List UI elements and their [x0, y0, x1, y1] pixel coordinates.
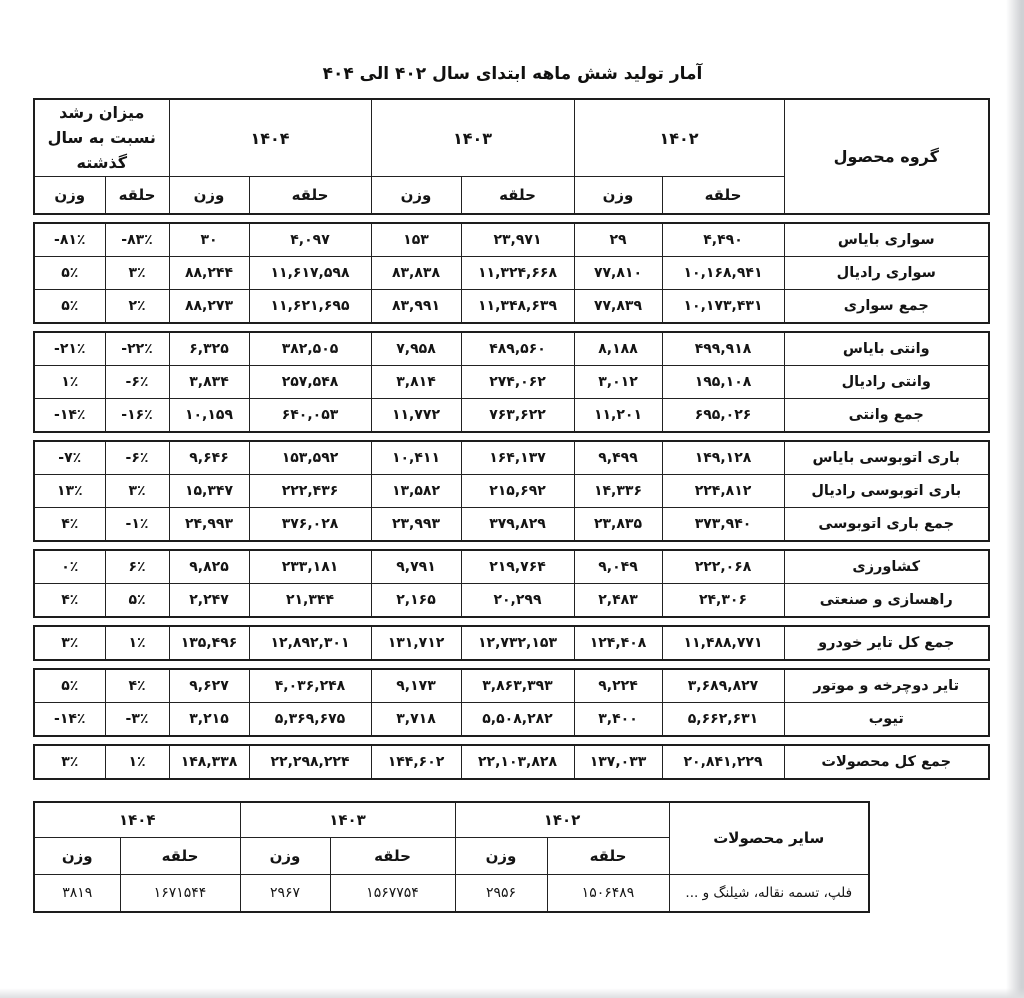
value-cell: ۸۳,۹۹۱	[371, 290, 461, 324]
product-group-table-3: باری اتوبوسی بایاس۱۴۹,۱۲۸۹,۴۹۹۱۶۴,۱۳۷۱۰,…	[33, 440, 990, 542]
other-year-1404-header: ۱۴۰۴	[34, 802, 240, 838]
weight-subheader-1403: وزن	[371, 177, 461, 215]
value-cell: ۱۴۹,۱۲۸	[662, 441, 784, 475]
value-cell: -۶٪	[105, 441, 169, 475]
other-ring-subheader-1402: حلقه	[547, 838, 669, 875]
value-cell: ۶۹۵,۰۲۶	[662, 399, 784, 433]
value-cell: ۲۰,۸۴۱,۲۲۹	[662, 745, 784, 779]
value-cell: ۳,۶۸۹,۸۲۷	[662, 669, 784, 703]
value-cell: ۱۱,۶۱۷,۵۹۸	[249, 257, 371, 290]
value-cell: ۱۱,۷۷۲	[371, 399, 461, 433]
product-name-cell: باری اتوبوسی رادیال	[784, 475, 989, 508]
product-name-cell: تایر دوچرخه و موتور	[784, 669, 989, 703]
product-row: باری اتوبوسی بایاس۱۴۹,۱۲۸۹,۴۹۹۱۶۴,۱۳۷۱۰,…	[34, 441, 989, 475]
ring-subheader-1404: حلقه	[249, 177, 371, 215]
value-cell: ۱۳۷,۰۳۳	[574, 745, 662, 779]
value-cell: ۲۲۲,۰۶۸	[662, 550, 784, 584]
other-weight-subheader-1402: وزن	[455, 838, 547, 875]
value-cell: ۱۱,۴۸۸,۷۷۱	[662, 626, 784, 660]
other-value-cell: ۲۹۶۷	[240, 875, 330, 913]
value-cell: ۲,۱۶۵	[371, 584, 461, 618]
value-cell: -۱۶٪	[105, 399, 169, 433]
main-table-header: گروه محصول ۱۴۰۲ ۱۴۰۳ ۱۴۰۴ میزان رشد نسبت…	[33, 98, 990, 215]
value-cell: -۱٪	[105, 508, 169, 542]
value-cell: ۷,۹۵۸	[371, 332, 461, 366]
value-cell: ۲۳,۹۹۳	[371, 508, 461, 542]
value-cell: ۱۴,۳۳۶	[574, 475, 662, 508]
product-name-cell: وانتی بایاس	[784, 332, 989, 366]
value-cell: ۳۰	[169, 223, 249, 257]
value-cell: ۲۹	[574, 223, 662, 257]
value-cell: ۱۱,۶۲۱,۶۹۵	[249, 290, 371, 324]
ring-subheader-growth: حلقه	[105, 177, 169, 215]
value-cell: ۴۹۹,۹۱۸	[662, 332, 784, 366]
other-value-cell: ۱۵۶۷۷۵۴	[330, 875, 455, 913]
value-cell: ۵٪	[105, 584, 169, 618]
value-cell: ۲۰,۲۹۹	[461, 584, 574, 618]
year-1403-header: ۱۴۰۳	[371, 99, 574, 177]
product-name-cell: جمع کل تایر خودرو	[784, 626, 989, 660]
product-group-table-7: جمع کل محصولات۲۰,۸۴۱,۲۲۹۱۳۷,۰۳۳۲۲,۱۰۳,۸۲…	[33, 744, 990, 780]
value-cell: ۳,۷۱۸	[371, 703, 461, 737]
value-cell: ۴,۰۳۶,۲۴۸	[249, 669, 371, 703]
value-cell: ۴,۰۹۷	[249, 223, 371, 257]
value-cell: ۵٪	[34, 669, 105, 703]
value-cell: ۹,۶۴۶	[169, 441, 249, 475]
main-table-body-groups: سواری بایاس۴,۴۹۰۲۹۲۳,۹۷۱۱۵۳۴,۰۹۷۳۰-۸۳٪-۸…	[0, 222, 990, 780]
growth-rate-header: میزان رشد نسبت به سال گذشته	[34, 99, 169, 177]
value-cell: ۹,۰۴۹	[574, 550, 662, 584]
value-cell: ۷۷,۸۳۹	[574, 290, 662, 324]
other-year-1402-header: ۱۴۰۲	[455, 802, 669, 838]
value-cell: ۲۲۲,۴۳۶	[249, 475, 371, 508]
ring-subheader-1402: حلقه	[662, 177, 784, 215]
value-cell: ۳۷۶,۰۲۸	[249, 508, 371, 542]
value-cell: ۹,۲۲۴	[574, 669, 662, 703]
value-cell: ۲۴,۳۰۶	[662, 584, 784, 618]
value-cell: ۴,۴۹۰	[662, 223, 784, 257]
value-cell: ۱۴۸,۳۳۸	[169, 745, 249, 779]
value-cell: ۱۰,۱۶۸,۹۴۱	[662, 257, 784, 290]
product-name-cell: جمع سواری	[784, 290, 989, 324]
value-cell: ۱۹۵,۱۰۸	[662, 366, 784, 399]
value-cell: ۸۳,۸۳۸	[371, 257, 461, 290]
value-cell: ۲,۲۴۷	[169, 584, 249, 618]
value-cell: ۲,۴۸۳	[574, 584, 662, 618]
value-cell: ۵,۶۶۲,۶۳۱	[662, 703, 784, 737]
value-cell: ۴٪	[34, 508, 105, 542]
product-row: باری اتوبوسی رادیال۲۲۴,۸۱۲۱۴,۳۳۶۲۱۵,۶۹۲۱…	[34, 475, 989, 508]
value-cell: ۸۸,۲۴۴	[169, 257, 249, 290]
other-year-1403-header: ۱۴۰۳	[240, 802, 455, 838]
value-cell: ۵٪	[34, 290, 105, 324]
other-ring-subheader-1403: حلقه	[330, 838, 455, 875]
weight-subheader-1404: وزن	[169, 177, 249, 215]
product-name-cell: جمع کل محصولات	[784, 745, 989, 779]
value-cell: ۲٪	[105, 290, 169, 324]
value-cell: ۱۳,۵۸۲	[371, 475, 461, 508]
year-1402-header: ۱۴۰۲	[574, 99, 784, 177]
product-row: کشاورزی۲۲۲,۰۶۸۹,۰۴۹۲۱۹,۷۶۴۹,۷۹۱۲۳۳,۱۸۱۹,…	[34, 550, 989, 584]
value-cell: ۲۷۴,۰۶۲	[461, 366, 574, 399]
value-cell: ۱۵,۳۴۷	[169, 475, 249, 508]
product-row: جمع کل محصولات۲۰,۸۴۱,۲۲۹۱۳۷,۰۳۳۲۲,۱۰۳,۸۲…	[34, 745, 989, 779]
other-products-table: سایر محصولات ۱۴۰۲ ۱۴۰۳ ۱۴۰۴ حلقه وزن حلق…	[33, 801, 870, 913]
product-name-cell: وانتی رادیال	[784, 366, 989, 399]
value-cell: -۳٪	[105, 703, 169, 737]
value-cell: ۸۸,۲۷۳	[169, 290, 249, 324]
value-cell: ۳,۸۶۳,۳۹۳	[461, 669, 574, 703]
value-cell: ۶۴۰,۰۵۳	[249, 399, 371, 433]
value-cell: ۵,۵۰۸,۲۸۲	[461, 703, 574, 737]
value-cell: ۲۱,۳۴۴	[249, 584, 371, 618]
value-cell: ۲۳,۹۷۱	[461, 223, 574, 257]
value-cell: ۱۳۱,۷۱۲	[371, 626, 461, 660]
value-cell: ۲۴,۹۹۳	[169, 508, 249, 542]
value-cell: ۱۰,۴۱۱	[371, 441, 461, 475]
value-cell: ۴٪	[34, 584, 105, 618]
value-cell: ۳۷۹,۸۲۹	[461, 508, 574, 542]
value-cell: ۱۲,۸۹۲,۳۰۱	[249, 626, 371, 660]
product-name-cell: جمع وانتی	[784, 399, 989, 433]
value-cell: ۱٪	[105, 745, 169, 779]
product-row: سواری بایاس۴,۴۹۰۲۹۲۳,۹۷۱۱۵۳۴,۰۹۷۳۰-۸۳٪-۸…	[34, 223, 989, 257]
value-cell: ۲۵۷,۵۴۸	[249, 366, 371, 399]
value-cell: ۶,۳۲۵	[169, 332, 249, 366]
value-cell: ۳,۲۱۵	[169, 703, 249, 737]
value-cell: ۱۰,۱۵۹	[169, 399, 249, 433]
other-weight-subheader-1403: وزن	[240, 838, 330, 875]
value-cell: ۳٪	[34, 626, 105, 660]
value-cell: -۸۳٪	[105, 223, 169, 257]
value-cell: ۲۳۳,۱۸۱	[249, 550, 371, 584]
value-cell: ۶٪	[105, 550, 169, 584]
value-cell: -۸۱٪	[34, 223, 105, 257]
value-cell: ۲۱۵,۶۹۲	[461, 475, 574, 508]
product-group-table-2: وانتی بایاس۴۹۹,۹۱۸۸,۱۸۸۴۸۹,۵۶۰۷,۹۵۸۳۸۲,۵…	[33, 331, 990, 433]
value-cell: ۱۴۴,۶۰۲	[371, 745, 461, 779]
value-cell: ۳٪	[105, 257, 169, 290]
product-name-cell: کشاورزی	[784, 550, 989, 584]
value-cell: ۱۱,۳۲۴,۶۶۸	[461, 257, 574, 290]
product-row: وانتی رادیال۱۹۵,۱۰۸۳,۰۱۲۲۷۴,۰۶۲۳,۸۱۴۲۵۷,…	[34, 366, 989, 399]
product-name-cell: جمع باری اتوبوسی	[784, 508, 989, 542]
value-cell: ۳,۴۰۰	[574, 703, 662, 737]
value-cell: ۱٪	[34, 366, 105, 399]
other-products-row: فلپ، تسمه نقاله، شیلنگ و ... ۱۵۰۶۴۸۹ ۲۹۵…	[34, 875, 869, 913]
value-cell: ۳٪	[34, 745, 105, 779]
other-ring-subheader-1404: حلقه	[120, 838, 240, 875]
product-name-cell: باری اتوبوسی بایاس	[784, 441, 989, 475]
value-cell: ۳,۰۱۲	[574, 366, 662, 399]
product-row: جمع سواری۱۰,۱۷۳,۴۳۱۷۷,۸۳۹۱۱,۳۴۸,۶۳۹۸۳,۹۹…	[34, 290, 989, 324]
value-cell: ۲۲۴,۸۱۲	[662, 475, 784, 508]
value-cell: ۱۵۳,۵۹۲	[249, 441, 371, 475]
product-row: تیوب۵,۶۶۲,۶۳۱۳,۴۰۰۵,۵۰۸,۲۸۲۳,۷۱۸۵,۳۶۹,۶۷…	[34, 703, 989, 737]
other-product-name-cell: فلپ، تسمه نقاله، شیلنگ و ...	[669, 875, 869, 913]
value-cell: ۳,۸۳۴	[169, 366, 249, 399]
value-cell: ۲۲,۲۹۸,۲۲۴	[249, 745, 371, 779]
value-cell: ۳,۸۱۴	[371, 366, 461, 399]
value-cell: -۲۲٪	[105, 332, 169, 366]
value-cell: ۱۳۵,۴۹۶	[169, 626, 249, 660]
value-cell: ۹,۱۷۳	[371, 669, 461, 703]
value-cell: ۵,۳۶۹,۶۷۵	[249, 703, 371, 737]
product-group-table-6: تایر دوچرخه و موتور۳,۶۸۹,۸۲۷۹,۲۲۴۳,۸۶۳,۳…	[33, 668, 990, 737]
value-cell: ۳۷۳,۹۴۰	[662, 508, 784, 542]
product-group-table-1: سواری بایاس۴,۴۹۰۲۹۲۳,۹۷۱۱۵۳۴,۰۹۷۳۰-۸۳٪-۸…	[33, 222, 990, 324]
value-cell: ۲۲,۱۰۳,۸۲۸	[461, 745, 574, 779]
product-row: جمع کل تایر خودرو۱۱,۴۸۸,۷۷۱۱۲۴,۴۰۸۱۲,۷۳۲…	[34, 626, 989, 660]
other-products-header: سایر محصولات	[669, 802, 869, 875]
product-name-cell: راهسازی و صنعتی	[784, 584, 989, 618]
product-row: جمع وانتی۶۹۵,۰۲۶۱۱,۲۰۱۷۶۳,۶۲۲۱۱,۷۷۲۶۴۰,۰…	[34, 399, 989, 433]
value-cell: ۵٪	[34, 257, 105, 290]
value-cell: ۱۲,۷۳۲,۱۵۳	[461, 626, 574, 660]
value-cell: ۸,۱۸۸	[574, 332, 662, 366]
scanned-document-page: آمار تولید شش ماهه ابتدای سال ۴۰۲ الی ۴۰…	[0, 0, 1024, 913]
product-group-table-5: جمع کل تایر خودرو۱۱,۴۸۸,۷۷۱۱۲۴,۴۰۸۱۲,۷۳۲…	[33, 625, 990, 661]
value-cell: -۶٪	[105, 366, 169, 399]
product-row: جمع باری اتوبوسی۳۷۳,۹۴۰۲۳,۸۳۵۳۷۹,۸۲۹۲۳,۹…	[34, 508, 989, 542]
product-row: راهسازی و صنعتی۲۴,۳۰۶۲,۴۸۳۲۰,۲۹۹۲,۱۶۵۲۱,…	[34, 584, 989, 618]
value-cell: ۱۱,۳۴۸,۶۳۹	[461, 290, 574, 324]
value-cell: ۱٪	[105, 626, 169, 660]
product-name-cell: سواری بایاس	[784, 223, 989, 257]
weight-subheader-1402: وزن	[574, 177, 662, 215]
value-cell: ۰٪	[34, 550, 105, 584]
product-group-header: گروه محصول	[784, 99, 989, 214]
value-cell: ۳٪	[105, 475, 169, 508]
scan-shadow-bottom	[0, 988, 1024, 998]
weight-subheader-growth: وزن	[34, 177, 105, 215]
value-cell: ۹,۴۹۹	[574, 441, 662, 475]
value-cell: ۹,۶۲۷	[169, 669, 249, 703]
value-cell: -۱۴٪	[34, 703, 105, 737]
other-value-cell: ۳۸۱۹	[34, 875, 120, 913]
value-cell: ۲۳,۸۳۵	[574, 508, 662, 542]
other-value-cell: ۱۶۷۱۵۴۴	[120, 875, 240, 913]
value-cell: ۹,۷۹۱	[371, 550, 461, 584]
product-name-cell: تیوب	[784, 703, 989, 737]
year-1404-header: ۱۴۰۴	[169, 99, 371, 177]
value-cell: ۱۳٪	[34, 475, 105, 508]
value-cell: ۷۶۳,۶۲۲	[461, 399, 574, 433]
value-cell: ۳۸۲,۵۰۵	[249, 332, 371, 366]
other-year-header-row: سایر محصولات ۱۴۰۲ ۱۴۰۳ ۱۴۰۴	[34, 802, 869, 838]
product-name-cell: سواری رادیال	[784, 257, 989, 290]
product-row: وانتی بایاس۴۹۹,۹۱۸۸,۱۸۸۴۸۹,۵۶۰۷,۹۵۸۳۸۲,۵…	[34, 332, 989, 366]
value-cell: ۲۱۹,۷۶۴	[461, 550, 574, 584]
value-cell: ۱۱,۲۰۱	[574, 399, 662, 433]
ring-subheader-1403: حلقه	[461, 177, 574, 215]
page-title: آمار تولید شش ماهه ابتدای سال ۴۰۲ الی ۴۰…	[35, 64, 990, 84]
value-cell: ۱۵۳	[371, 223, 461, 257]
other-value-cell: ۲۹۵۶	[455, 875, 547, 913]
value-cell: ۴۸۹,۵۶۰	[461, 332, 574, 366]
product-row: تایر دوچرخه و موتور۳,۶۸۹,۸۲۷۹,۲۲۴۳,۸۶۳,۳…	[34, 669, 989, 703]
value-cell: -۲۱٪	[34, 332, 105, 366]
value-cell: -۱۴٪	[34, 399, 105, 433]
value-cell: ۷۷,۸۱۰	[574, 257, 662, 290]
year-header-row: گروه محصول ۱۴۰۲ ۱۴۰۳ ۱۴۰۴ میزان رشد نسبت…	[34, 99, 989, 177]
value-cell: ۱۶۴,۱۳۷	[461, 441, 574, 475]
value-cell: -۷٪	[34, 441, 105, 475]
product-row: سواری رادیال۱۰,۱۶۸,۹۴۱۷۷,۸۱۰۱۱,۳۲۴,۶۶۸۸۳…	[34, 257, 989, 290]
other-value-cell: ۱۵۰۶۴۸۹	[547, 875, 669, 913]
value-cell: ۹,۸۲۵	[169, 550, 249, 584]
value-cell: ۱۰,۱۷۳,۴۳۱	[662, 290, 784, 324]
product-group-table-4: کشاورزی۲۲۲,۰۶۸۹,۰۴۹۲۱۹,۷۶۴۹,۷۹۱۲۳۳,۱۸۱۹,…	[33, 549, 990, 618]
value-cell: ۱۲۴,۴۰۸	[574, 626, 662, 660]
other-weight-subheader-1404: وزن	[34, 838, 120, 875]
value-cell: ۴٪	[105, 669, 169, 703]
